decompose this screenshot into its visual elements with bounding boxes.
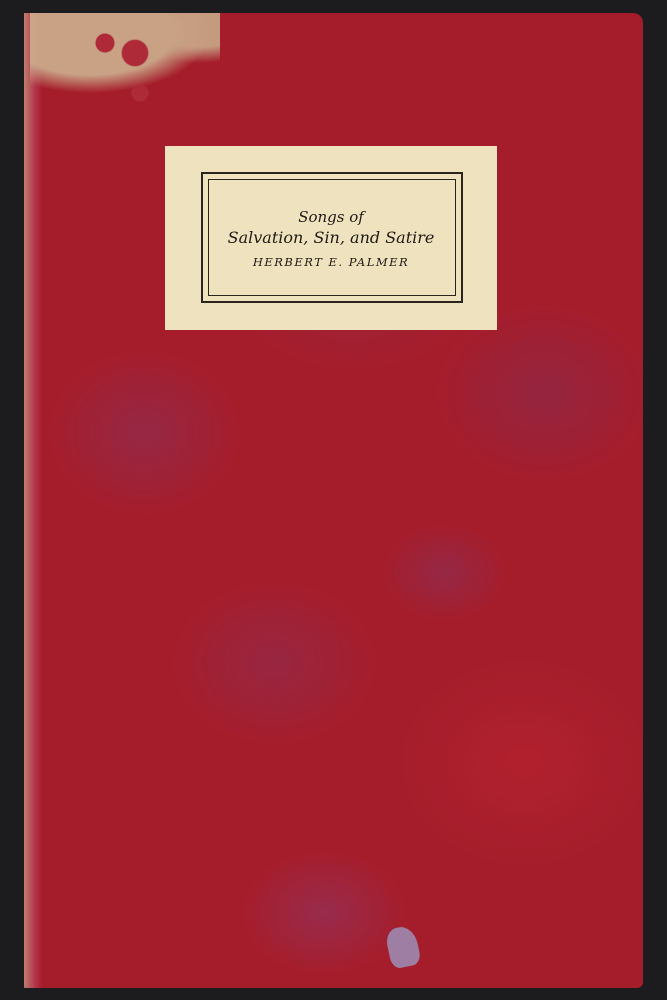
- title-label: Songs of Salvation, Sin, and Satire HERB…: [165, 146, 497, 330]
- faded-corner-stain: [30, 13, 220, 123]
- label-text: Songs of Salvation, Sin, and Satire HERB…: [165, 146, 497, 330]
- title-line-2: Salvation, Sin, and Satire: [228, 227, 435, 249]
- book-spine-edge: [24, 13, 42, 988]
- author-name: HERBERT E. PALMER: [253, 255, 409, 269]
- title-line-1: Songs of: [298, 207, 364, 227]
- cover-scuff-mark: [384, 924, 422, 969]
